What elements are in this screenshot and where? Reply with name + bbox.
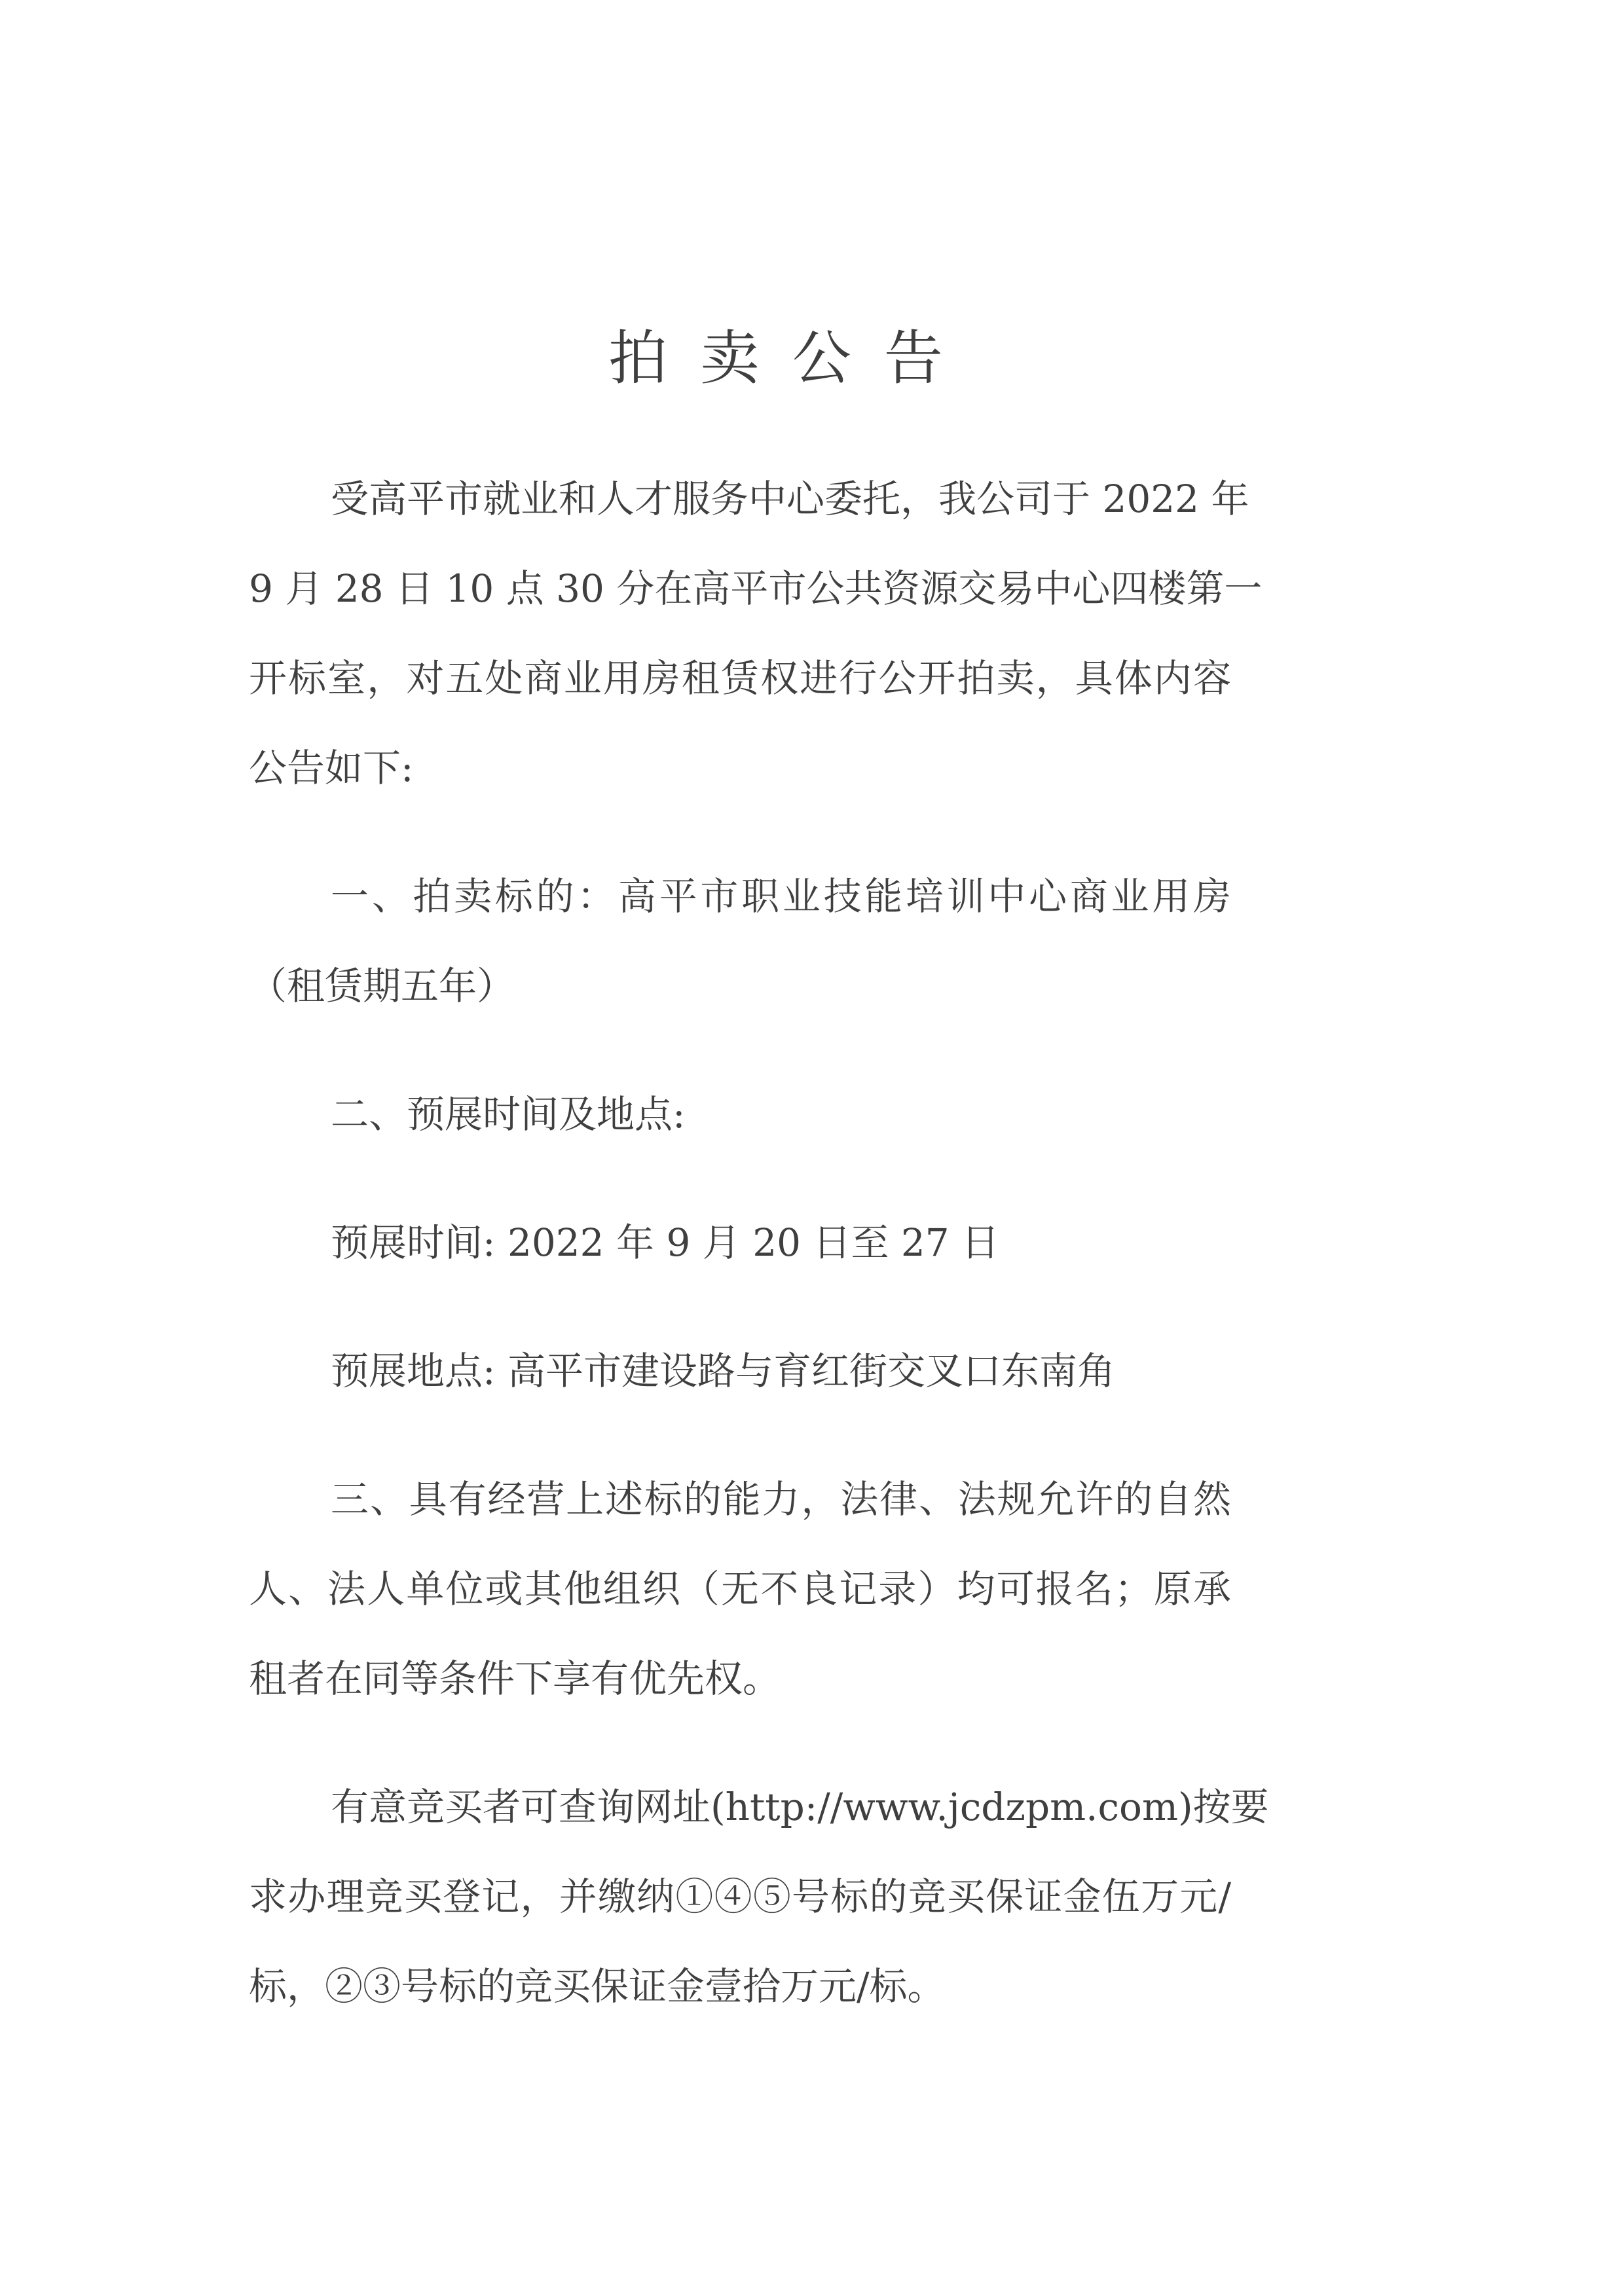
paragraph-line: 人、法人单位或其他组织（无不良记录）均可报名；原承: [249, 1544, 1231, 1634]
document-title: 拍 卖 公 告: [249, 329, 1231, 388]
paragraph-line: 预展时间: 2022 年 9 月 20 日至 27 日: [249, 1198, 1231, 1288]
paragraph: 有意竞买者可查询网址(http://www.jcdzpm.com)按要求办理竞买…: [249, 1762, 1231, 2032]
paragraph: 二、预展时间及地点:: [249, 1070, 1231, 1159]
document-body: 受高平市就业和人才服务中心委托，我公司于 2022 年9 月 28 日 10 点…: [249, 454, 1231, 2032]
paragraph: 一、拍卖标的：高平市职业技能培训中心商业用房（租赁期五年）: [249, 852, 1231, 1031]
paragraph-line: 公告如下:: [249, 723, 1231, 813]
paragraph-line: 三、具有经营上述标的能力，法律、法规允许的自然: [249, 1455, 1231, 1544]
paragraph-line: 有意竞买者可查询网址(http://www.jcdzpm.com)按要: [249, 1762, 1231, 1852]
paragraph-line: 受高平市就业和人才服务中心委托，我公司于 2022 年: [249, 454, 1231, 544]
paragraph: 三、具有经营上述标的能力，法律、法规允许的自然人、法人单位或其他组织（无不良记录…: [249, 1455, 1231, 1724]
document-page: 拍 卖 公 告 受高平市就业和人才服务中心委托，我公司于 2022 年9 月 2…: [0, 0, 1624, 2296]
paragraph-line: 一、拍卖标的：高平市职业技能培训中心商业用房: [249, 852, 1231, 941]
paragraph: 预展地点: 高平市建设路与育红街交叉口东南角: [249, 1326, 1231, 1416]
paragraph: 预展时间: 2022 年 9 月 20 日至 27 日: [249, 1198, 1231, 1288]
paragraph: 受高平市就业和人才服务中心委托，我公司于 2022 年9 月 28 日 10 点…: [249, 454, 1231, 813]
paragraph-line: 二、预展时间及地点:: [249, 1070, 1231, 1159]
paragraph-line: 租者在同等条件下享有优先权。: [249, 1634, 1231, 1724]
paragraph-line: 9 月 28 日 10 点 30 分在高平市公共资源交易中心四楼第一: [249, 544, 1231, 634]
paragraph-line: 预展地点: 高平市建设路与育红街交叉口东南角: [249, 1326, 1231, 1416]
paragraph-line: 标，②③号标的竞买保证金壹拾万元/标。: [249, 1942, 1231, 2032]
paragraph-line: 求办理竞买登记，并缴纳①④⑤号标的竞买保证金伍万元/: [249, 1852, 1231, 1942]
paragraph-line: （租赁期五年）: [249, 941, 1231, 1031]
paragraph-line: 开标室，对五处商业用房租赁权进行公开拍卖，具体内容: [249, 634, 1231, 723]
